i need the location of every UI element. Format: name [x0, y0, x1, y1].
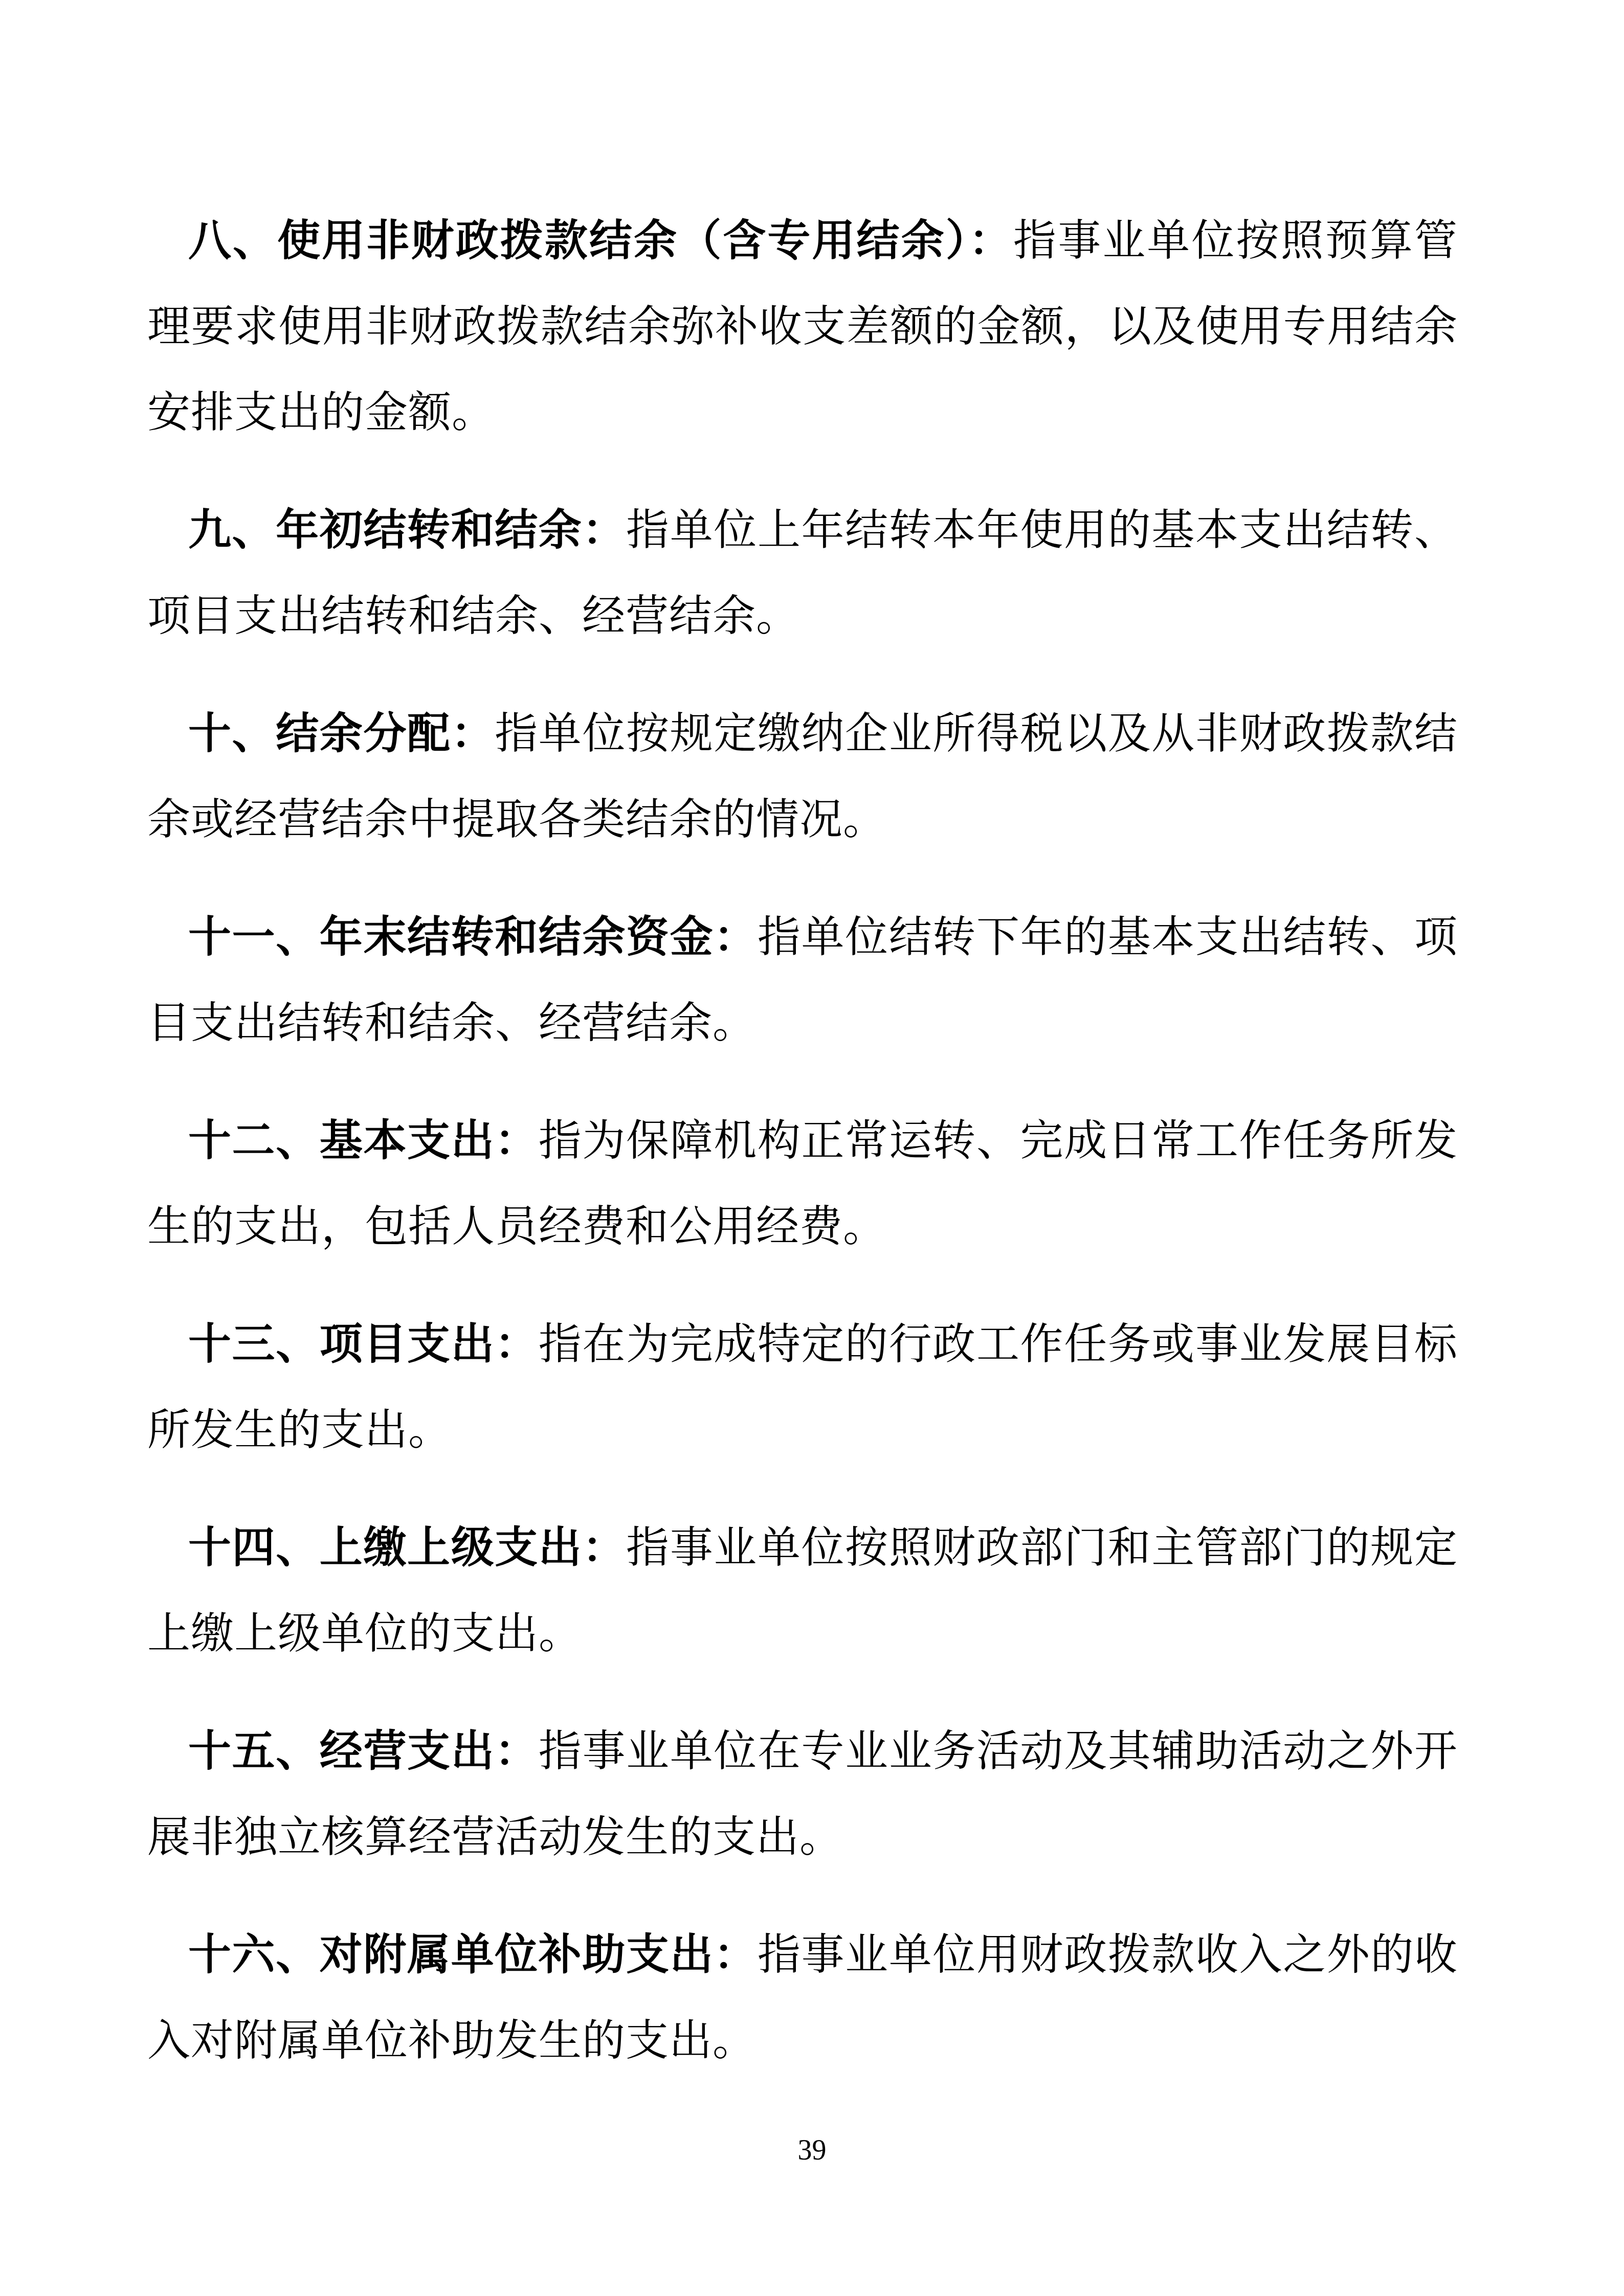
- page-number: 39: [798, 2134, 827, 2166]
- definition-paragraph: 八、使用非财政拨款结余（含专用结余）：指事业单位按照预算管理要求使用非财政拨款结…: [147, 198, 1458, 456]
- definition-term: 十六、对附属单位补助支出：: [188, 1931, 758, 1979]
- definitions-section: 八、使用非财政拨款结余（含专用结余）：指事业单位按照预算管理要求使用非财政拨款结…: [147, 198, 1458, 2116]
- definition-term: 十四、上缴上级支出：: [188, 1524, 626, 1572]
- definition-paragraph: 十二、基本支出：指为保障机构正常运转、完成日常工作任务所发生的支出，包括人员经费…: [147, 1098, 1458, 1270]
- definition-term: 十一、年末结转和结余资金：: [188, 914, 758, 961]
- definition-term: 八、使用非财政拨款结余（含专用结余）：: [188, 217, 1013, 265]
- definition-paragraph: 十三、项目支出：指在为完成特定的行政工作任务或事业发展目标所发生的支出。: [147, 1302, 1458, 1474]
- definition-paragraph: 十六、对附属单位补助支出：指事业单位用财政拨款收入之外的收入对附属单位补助发生的…: [147, 1912, 1458, 2084]
- definition-paragraph: 十四、上缴上级支出：指事业单位按照财政部门和主管部门的规定上缴上级单位的支出。: [147, 1505, 1458, 1677]
- definition-term: 十五、经营支出：: [188, 1728, 539, 1775]
- document-page: 八、使用非财政拨款结余（含专用结余）：指事业单位按照预算管理要求使用非财政拨款结…: [0, 0, 1624, 2296]
- definition-term: 十二、基本支出：: [188, 1117, 539, 1165]
- page-footer: 39: [0, 2132, 1624, 2168]
- definition-term: 十三、项目支出：: [188, 1321, 539, 1368]
- definition-paragraph: 十、结余分配：指单位按规定缴纳企业所得税以及从非财政拨款结余或经营结余中提取各类…: [147, 691, 1458, 863]
- definition-term: 九、年初结转和结余：: [188, 507, 626, 554]
- definition-paragraph: 十五、经营支出：指事业单位在专业业务活动及其辅助活动之外开展非独立核算经营活动发…: [147, 1709, 1458, 1881]
- definition-paragraph: 九、年初结转和结余：指单位上年结转本年使用的基本支出结转、项目支出结转和结余、经…: [147, 488, 1458, 660]
- definition-term: 十、结余分配：: [188, 710, 495, 758]
- definition-paragraph: 十一、年末结转和结余资金：指单位结转下年的基本支出结转、项目支出结转和结余、经营…: [147, 895, 1458, 1067]
